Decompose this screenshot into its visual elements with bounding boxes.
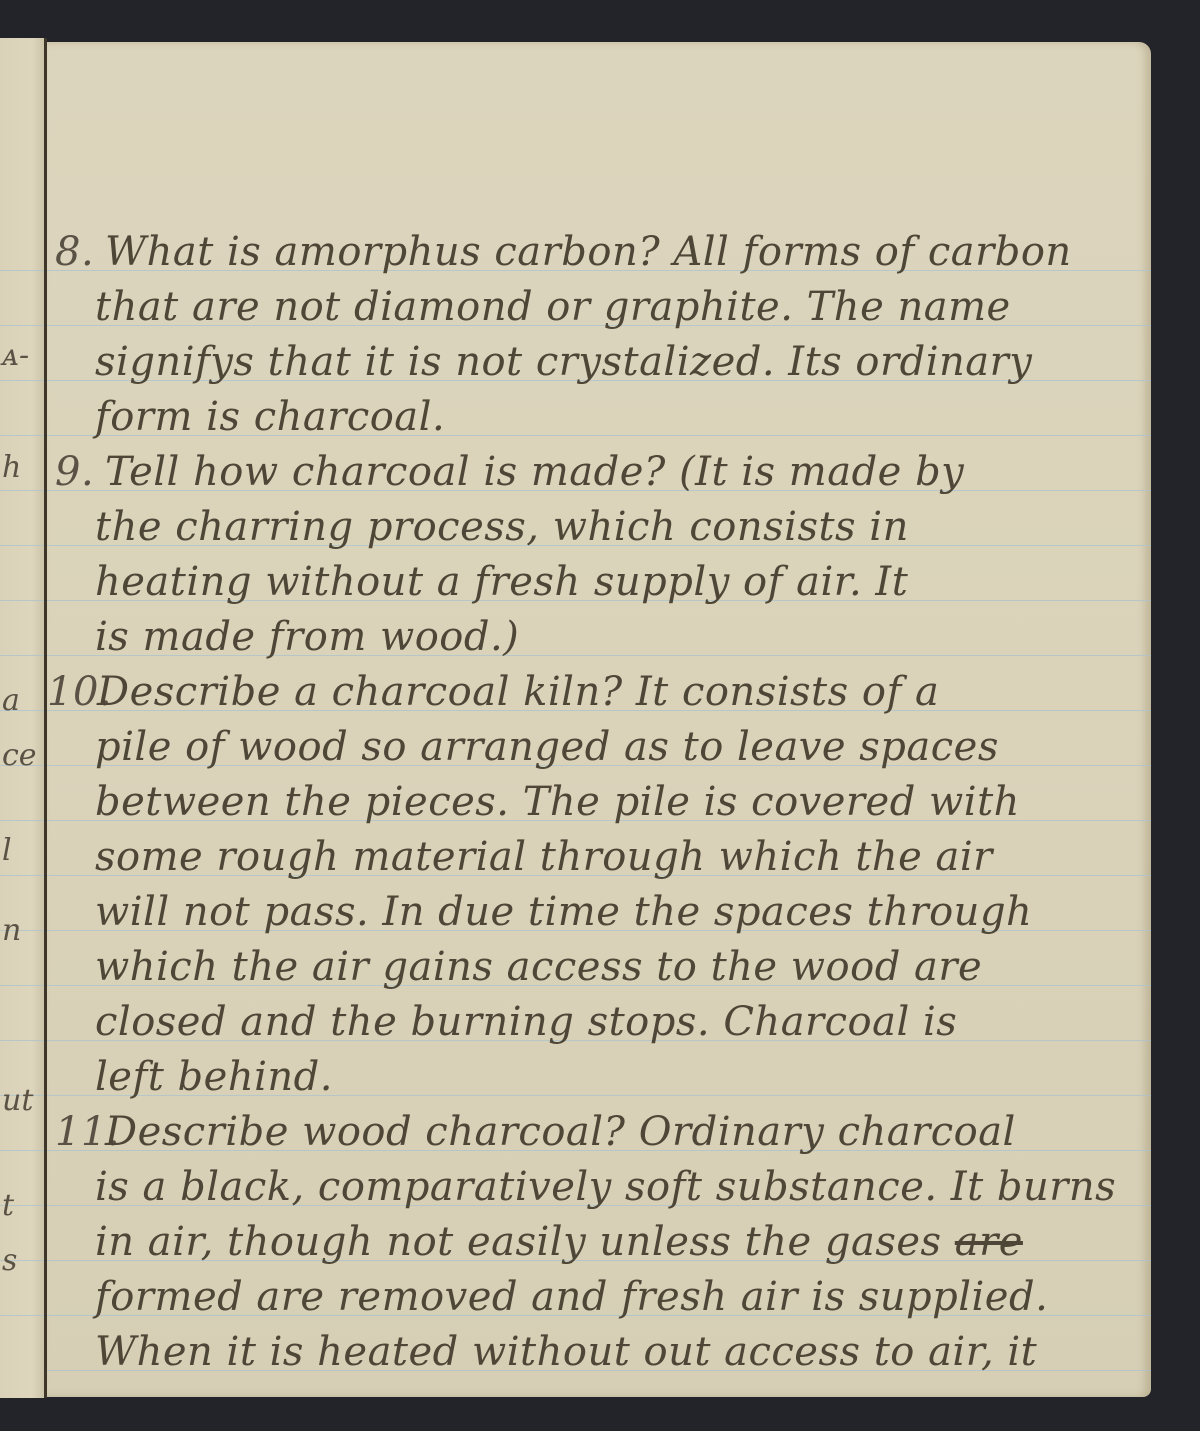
handwritten-line: 11.Describe wood charcoal? Ordinary char… <box>55 1112 1151 1152</box>
rule-line <box>0 600 46 601</box>
rule-line <box>0 325 46 326</box>
struck-out-word: are <box>955 1219 1023 1265</box>
handwritten-line: the charring process, which consists in <box>95 507 1151 547</box>
handwritten-line: which the air gains access to the wood a… <box>95 947 1151 987</box>
handwritten-line: some rough material through which the ai… <box>95 837 1151 877</box>
left-page-fragment: h <box>2 450 21 485</box>
rule-line <box>0 820 46 821</box>
left-page-fragment: s <box>2 1243 17 1278</box>
rule-line <box>0 380 46 381</box>
line-text: What is amorphus carbon? All forms of ca… <box>105 229 1072 275</box>
left-page-fragment: ᴀ- <box>2 338 29 373</box>
question-number: 10. <box>47 672 97 712</box>
rule-line <box>0 270 46 271</box>
handwritten-line: 9.Tell how charcoal is made? (It is made… <box>55 452 1151 492</box>
handwritten-line: is made from wood.) <box>95 617 1151 657</box>
handwritten-line: form is charcoal. <box>95 397 1151 437</box>
rule-line <box>0 1315 46 1316</box>
rule-line <box>0 655 46 656</box>
handwritten-line: When it is heated without out access to … <box>95 1332 1151 1372</box>
handwritten-line: left behind. <box>95 1057 1151 1097</box>
question-number: 9. <box>55 452 105 492</box>
question-number: 8. <box>55 232 105 272</box>
handwritten-line: pile of wood so arranged as to leave spa… <box>95 727 1151 767</box>
handwritten-line: closed and the burning stops. Charcoal i… <box>95 1002 1151 1042</box>
left-page-fragment: l <box>2 833 12 868</box>
handwritten-line: heating without a fresh supply of air. I… <box>95 562 1151 602</box>
left-page-fragment: a <box>2 683 20 718</box>
handwritten-line: that are not diamond or graphite. The na… <box>95 287 1151 327</box>
left-page-edge: ᴀ- h a ce l n ut t s <box>0 38 46 1398</box>
rule-line <box>0 545 46 546</box>
handwritten-line: in air, though not easily unless the gas… <box>95 1222 1151 1262</box>
line-text: Describe wood charcoal? Ordinary charcoa… <box>105 1109 1016 1155</box>
line-text: Tell how charcoal is made? (It is made b… <box>105 449 964 495</box>
rule-line <box>0 1040 46 1041</box>
handwritten-line: between the pieces. The pile is covered … <box>95 782 1151 822</box>
left-page-fragment: n <box>2 913 21 948</box>
line-text: Describe a charcoal kiln? It consists of… <box>97 669 939 715</box>
line-text: in air, though not easily unless the gas… <box>95 1219 942 1265</box>
left-page-fragment: t <box>2 1188 14 1223</box>
handwritten-line: 8.What is amorphus carbon? All forms of … <box>55 232 1151 272</box>
handwritten-line: signifys that it is not crystalized. Its… <box>95 342 1151 382</box>
rule-line <box>0 875 46 876</box>
handwritten-line: formed are removed and fresh air is supp… <box>95 1277 1151 1317</box>
handwritten-line: will not pass. In due time the spaces th… <box>95 892 1151 932</box>
right-page: 8.What is amorphus carbon? All forms of … <box>47 42 1151 1397</box>
left-page-fragment: ce <box>2 738 37 773</box>
rule-line <box>0 490 46 491</box>
rule-line <box>0 1150 46 1151</box>
left-page-fragment: ut <box>2 1083 33 1118</box>
rule-line <box>0 985 46 986</box>
handwritten-line: is a black, comparatively soft substance… <box>95 1167 1151 1207</box>
rule-line <box>0 435 46 436</box>
handwritten-line: 10.Describe a charcoal kiln? It consists… <box>47 672 1151 712</box>
question-number: 11. <box>55 1112 105 1152</box>
